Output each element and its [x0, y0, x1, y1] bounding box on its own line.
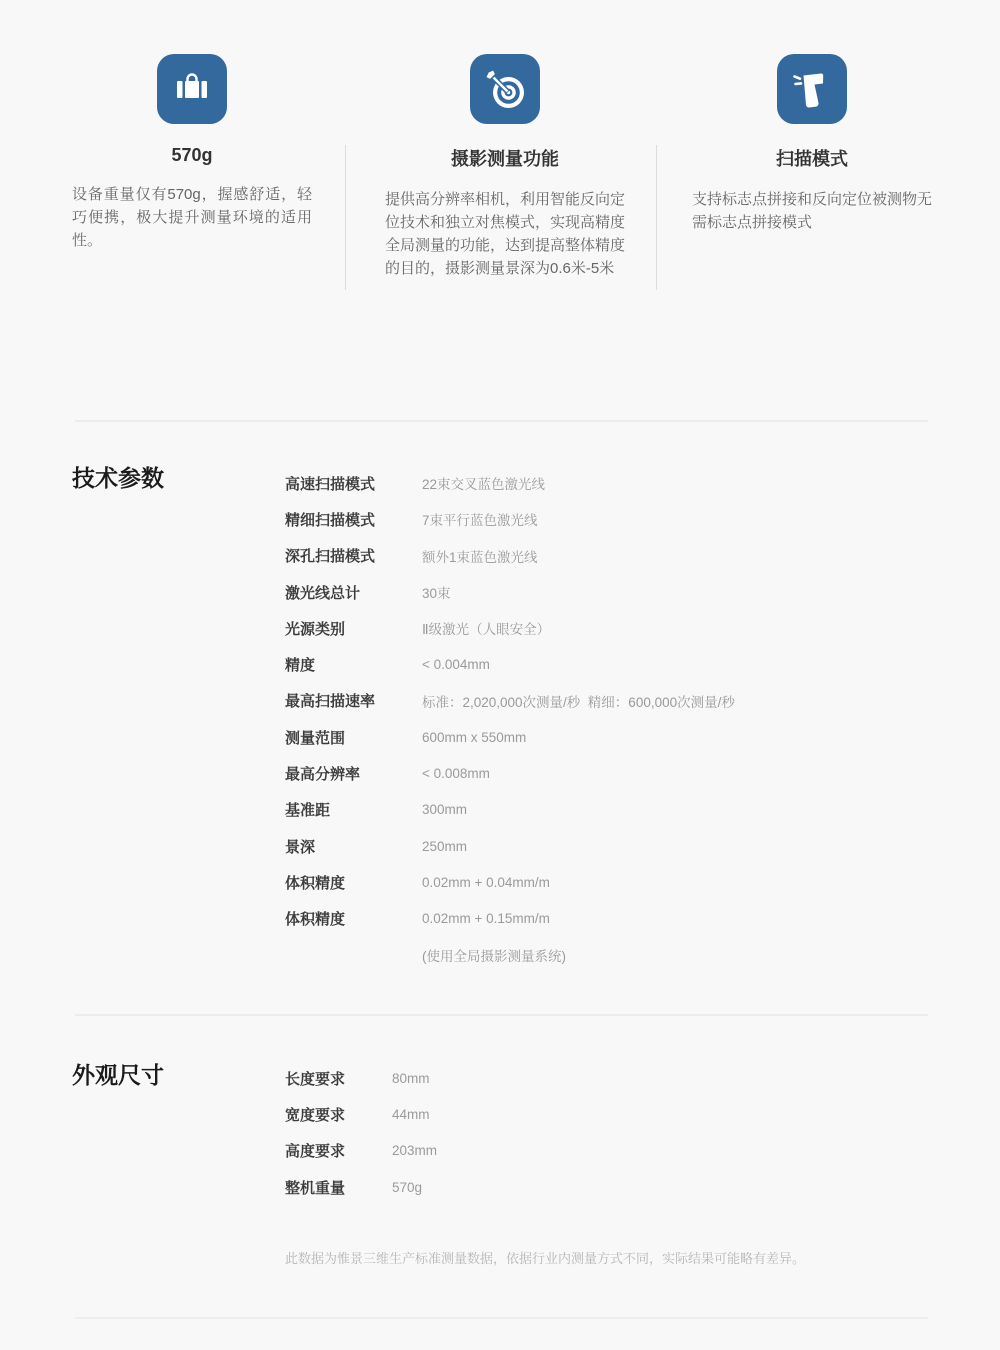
spec-label: 深孔扫描模式 [285, 545, 422, 566]
spec-value: 250mm [422, 839, 467, 854]
spec-row: 长度要求80mm [285, 1060, 437, 1096]
spec-value: 0.02mm + 0.04mm/m [422, 875, 550, 890]
spec-value: < 0.008mm [422, 766, 490, 781]
feature-scan-mode: 扫描模式 支持标志点拼接和反向定位被测物无需标志点拼接模式 [692, 54, 932, 234]
spec-label: 宽度要求 [285, 1104, 392, 1125]
dimensions-table: 长度要求80mm 宽度要求44mm 高度要求203mm 整机重量570g [285, 1060, 437, 1205]
weight-bag-icon [157, 54, 227, 124]
spec-row: 最高分辨率< 0.008mm [285, 755, 735, 791]
spec-row: 高度要求203mm [285, 1133, 437, 1169]
spec-label: 激光线总计 [285, 582, 422, 603]
spec-row: 整机重量570g [285, 1169, 437, 1205]
spec-label: 体积精度 [285, 872, 422, 893]
spec-label: 景深 [285, 836, 422, 857]
spec-value: < 0.004mm [422, 657, 490, 672]
spec-row: 深孔扫描模式额外1束蓝色激光线 [285, 538, 735, 574]
feature-weight: 570g 设备重量仅有570g，握感舒适，轻巧便携，极大提升测量环境的适用性。 [72, 54, 312, 252]
spec-label: 体积精度 [285, 908, 422, 929]
scanner-gun-icon [777, 54, 847, 124]
feature-photogrammetry: 摄影测量功能 提供高分辨率相机，利用智能反向定位技术和独立对焦模式，实现高精度全… [385, 54, 625, 280]
spec-row: 最高扫描速率标准：2,020,000次测量/秒 精细：600,000次测量/秒 [285, 683, 735, 719]
spec-row: 体积精度0.02mm + 0.04mm/m [285, 864, 735, 900]
spec-label: 精度 [285, 654, 422, 675]
target-dart-icon [470, 54, 540, 124]
spec-value: 44mm [392, 1107, 430, 1122]
spec-row: 光源类别Ⅱ级激光（人眼安全） [285, 610, 735, 646]
spec-row: 测量范围600mm x 550mm [285, 719, 735, 755]
spec-label: 高速扫描模式 [285, 473, 422, 494]
tech-params-heading: 技术参数 [72, 466, 164, 491]
spec-label: 精细扫描模式 [285, 509, 422, 530]
feature-description: 支持标志点拼接和反向定位被测物无需标志点拼接模式 [692, 188, 932, 234]
spec-label: 光源类别 [285, 618, 422, 639]
spec-row: 基准距300mm [285, 792, 735, 828]
dimensions-heading: 外观尺寸 [72, 1063, 164, 1088]
spec-row: 激光线总计30束 [285, 574, 735, 610]
spec-row: 宽度要求44mm [285, 1096, 437, 1132]
spec-label: 长度要求 [285, 1068, 392, 1089]
spec-row: 体积精度0.02mm + 0.15mm/m [285, 901, 735, 937]
measurement-disclaimer: 此数据为惟景三维生产标准测量数据，依据行业内测量方式不同，实际结果可能略有差异。 [285, 1248, 805, 1267]
column-divider [656, 145, 657, 290]
feature-title: 摄影测量功能 [385, 145, 625, 171]
product-spec-page: 570g 设备重量仅有570g，握感舒适，轻巧便携，极大提升测量环境的适用性。 … [0, 0, 1000, 1350]
feature-description: 设备重量仅有570g，握感舒适，轻巧便携，极大提升测量环境的适用性。 [72, 183, 312, 252]
spec-value: 额外1束蓝色激光线 [422, 546, 538, 566]
spec-label: 测量范围 [285, 727, 422, 748]
spec-value: 300mm [422, 802, 467, 817]
spec-value: 标准：2,020,000次测量/秒 精细：600,000次测量/秒 [422, 691, 735, 711]
spec-label: 最高分辨率 [285, 763, 422, 784]
spec-value: 0.02mm + 0.15mm/m [422, 911, 550, 926]
section-divider [75, 420, 928, 422]
spec-label: 最高扫描速率 [285, 690, 422, 711]
spec-row: 景深250mm [285, 828, 735, 864]
tech-params-table: 高速扫描模式22束交叉蓝色激光线 精细扫描模式7束平行蓝色激光线 深孔扫描模式额… [285, 465, 735, 973]
spec-row: 精细扫描模式7束平行蓝色激光线 [285, 501, 735, 537]
bottom-divider [75, 1317, 928, 1319]
spec-row: (使用全局摄影测量系统) [285, 937, 735, 973]
feature-description: 提供高分辨率相机，利用智能反向定位技术和独立对焦模式，实现高精度全局测量的功能，… [385, 188, 625, 280]
spec-row: 高速扫描模式22束交叉蓝色激光线 [285, 465, 735, 501]
feature-title: 扫描模式 [692, 145, 932, 171]
spec-label: 基准距 [285, 799, 422, 820]
spec-value: Ⅱ级激光（人眼安全） [422, 618, 550, 638]
spec-value: 203mm [392, 1143, 437, 1158]
spec-label: 整机重量 [285, 1177, 392, 1198]
column-divider [345, 145, 346, 290]
spec-row: 精度< 0.004mm [285, 646, 735, 682]
spec-label: 高度要求 [285, 1140, 392, 1161]
spec-value: 22束交叉蓝色激光线 [422, 473, 545, 493]
spec-value: 570g [392, 1180, 422, 1195]
section-divider [75, 1014, 928, 1016]
spec-value: 30束 [422, 582, 451, 602]
spec-value: 80mm [392, 1071, 430, 1086]
spec-value: (使用全局摄影测量系统) [422, 945, 566, 965]
spec-value: 7束平行蓝色激光线 [422, 509, 538, 529]
feature-title: 570g [72, 145, 312, 166]
spec-value: 600mm x 550mm [422, 730, 526, 745]
